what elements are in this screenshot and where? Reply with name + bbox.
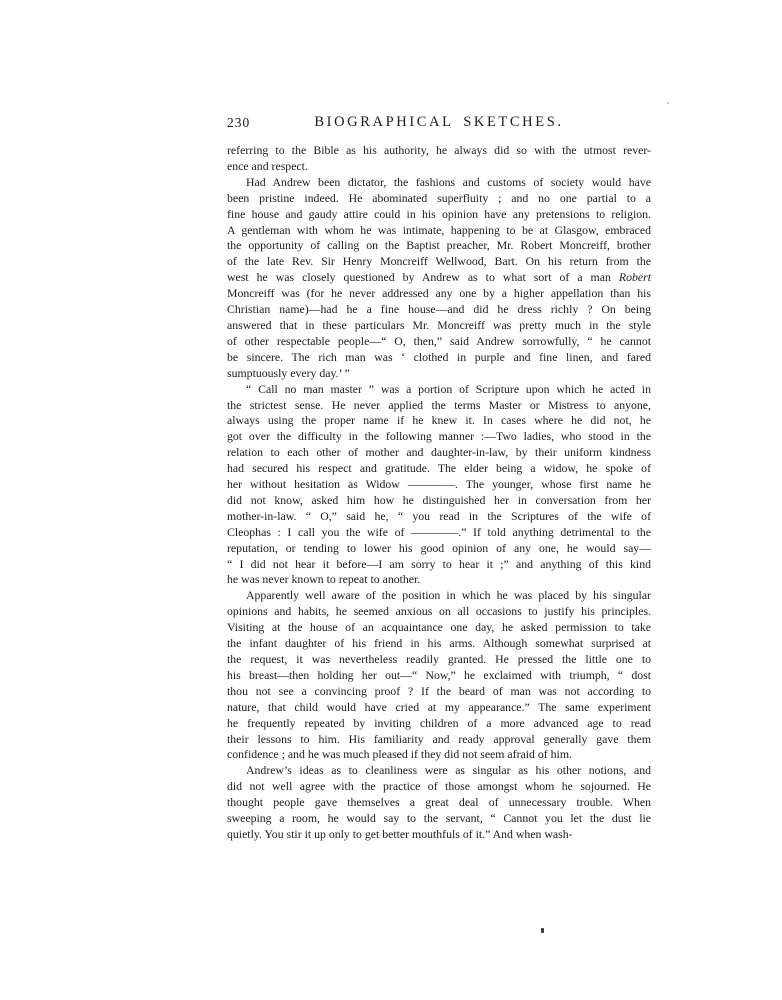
text-line: quietly. You stir it up only to get bett… [227,827,651,843]
text-line: did not know, asked him how he distingui… [227,493,651,509]
page-header: 230 BIOGRAPHICAL SKETCHES. [227,114,651,132]
text-line: his breast—then holding her out—“ Now,” … [227,668,651,684]
text-line: their lessons to him. His familiarity an… [227,732,651,748]
text-line: sumptuously every day.’ ” [227,366,651,382]
text-line: did not well agree with the practice of … [227,779,651,795]
text-line: A gentleman with whom he was intimate, h… [227,223,651,239]
text-line: mother-in-law. “ O,” said he, “ you read… [227,509,651,525]
text-line: he frequently repeated by inviting child… [227,716,651,732]
text-line: her without hesitation as Widow ————. Th… [227,477,651,493]
text-line: sweeping a room, he would say to the ser… [227,811,651,827]
text-line: confidence ; and he was much pleased if … [227,747,651,763]
text-line: reputation, or tending to lower his good… [227,541,651,557]
text-line: he was never known to repeat to another. [227,572,651,588]
text-line: opinions and habits, he seemed anxious o… [227,604,651,620]
text-line: west he was closely questioned by Andrew… [227,270,651,286]
text-line: “ I did not hear it before—I am sorry to… [227,557,651,573]
text-line: had secured his respect and gratitude. T… [227,461,651,477]
text-line: be sincere. The rich man was ‘ clothed i… [227,350,651,366]
text-line: Apparently well aware of the position in… [227,588,651,604]
text-line: answered that in these particulars Mr. M… [227,318,651,334]
text-line: thought people gave themselves a great d… [227,795,651,811]
text-line: the strictest sense. He never applied th… [227,398,651,414]
text-line: Andrew’s ideas as to cleanliness were as… [227,763,651,779]
text-line: of other respectable people—“ O, then,” … [227,334,651,350]
text-line: Visiting at the house of an acquaintance… [227,620,651,636]
running-title: BIOGRAPHICAL SKETCHES. [227,114,651,131]
text-line: nature, that child would have cried at m… [227,700,651,716]
book-page: 230 BIOGRAPHICAL SKETCHES. referring to … [0,0,782,1000]
ink-speck [667,102,669,104]
text-line: thou not see a convincing proof ? If the… [227,684,651,700]
text-line: Christian name)—had he a fine house—and … [227,302,651,318]
text-line: Had Andrew been dictator, the fashions a… [227,175,651,191]
text-line: the opportunity of calling on the Baptis… [227,238,651,254]
ink-speck [541,928,544,933]
page-number: 230 [227,115,250,131]
text-line: got over the difficulty in the following… [227,429,651,445]
text-line: ence and respect. [227,159,651,175]
text-block: referring to the Bible as his authority,… [227,143,651,843]
text-line: Moncreiff was (for he never addressed an… [227,286,651,302]
text-line: referring to the Bible as his authority,… [227,143,651,159]
text-line: always using the proper name if he knew … [227,413,651,429]
text-line: of the late Rev. Sir Henry Moncreiff Wel… [227,254,651,270]
text-line: been pristine indeed. He abominated supe… [227,191,651,207]
text-line: fine house and gaudy attire could in his… [227,207,651,223]
text-line: the request, it was nevertheless readily… [227,652,651,668]
text-line: relation to each other of mother and dau… [227,445,651,461]
text-line: the infant daughter of his friend in his… [227,636,651,652]
text-line: Cleophas : I call you the wife of ————.”… [227,525,651,541]
text-line: “ Call no man master ” was a portion of … [227,382,651,398]
